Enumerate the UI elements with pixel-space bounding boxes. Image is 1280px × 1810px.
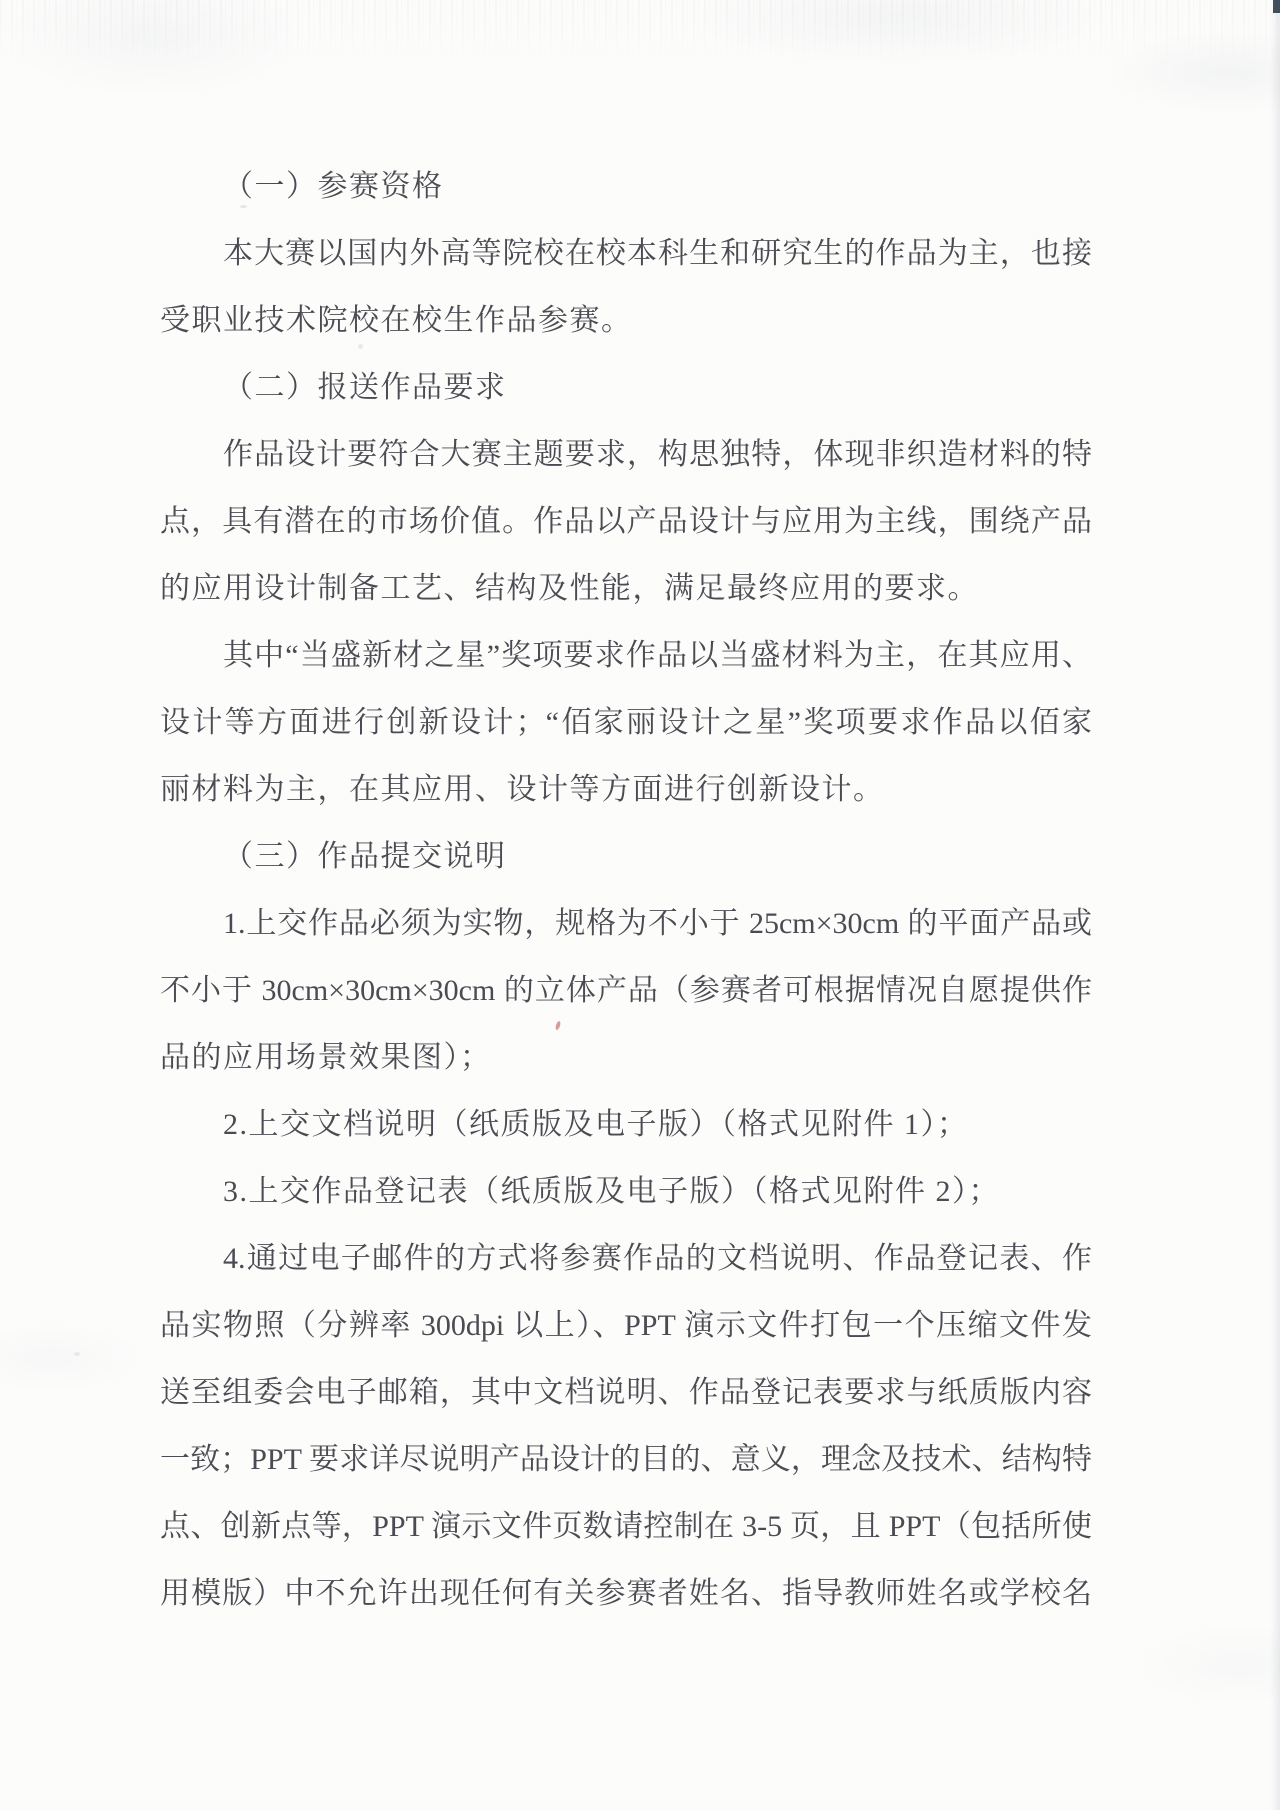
- text-line: 的应用设计制备工艺、结构及性能，满足最终应用的要求。: [160, 555, 1092, 622]
- section-heading-3: （三）作品提交说明: [160, 823, 1092, 890]
- text-line: 本大赛以国内外高等院校在校本科生和研究生的作品为主，也接: [160, 220, 1092, 287]
- text-line: 点，具有潜在的市场价值。作品以产品设计与应用为主线，围绕产品: [160, 488, 1092, 555]
- document-body: （一）参赛资格 本大赛以国内外高等院校在校本科生和研究生的作品为主，也接 受职业…: [160, 153, 1092, 1627]
- scan-edge-shadow: [1270, 0, 1280, 1810]
- text-line: 丽材料为主，在其应用、设计等方面进行创新设计。: [160, 756, 1092, 823]
- text-line: 受职业技术院校在校生作品参赛。: [160, 287, 1092, 354]
- text-line: 不小于 30cm×30cm×30cm 的立体产品（参赛者可根据情况自愿提供作: [160, 957, 1092, 1024]
- section-heading-1: （一）参赛资格: [160, 153, 1092, 220]
- text-line: 设计等方面进行创新设计；“佰家丽设计之星”奖项要求作品以佰家: [160, 689, 1092, 756]
- text-line: 2.上交文档说明（纸质版及电子版）（格式见附件 1）；: [160, 1091, 1092, 1158]
- text-line: 一致；PPT 要求详尽说明产品设计的目的、意义，理念及技术、结构特: [160, 1426, 1092, 1493]
- text-line: 用模版）中不允许出现任何有关参赛者姓名、指导教师姓名或学校名: [160, 1560, 1092, 1627]
- text-line: 3.上交作品登记表（纸质版及电子版）（格式见附件 2）；: [160, 1158, 1092, 1225]
- text-line: 1.上交作品必须为实物，规格为不小于 25cm×30cm 的平面产品或: [160, 890, 1092, 957]
- text-line: 作品设计要符合大赛主题要求，构思独特，体现非织造材料的特: [160, 421, 1092, 488]
- scanned-document-page: （一）参赛资格 本大赛以国内外高等院校在校本科生和研究生的作品为主，也接 受职业…: [0, 0, 1280, 1810]
- text-line: 点、创新点等，PPT 演示文件页数请控制在 3-5 页，且 PPT（包括所使: [160, 1493, 1092, 1560]
- scan-noise-artifact: [0, 0, 1280, 64]
- text-line: 送至组委会电子邮箱，其中文档说明、作品登记表要求与纸质版内容: [160, 1359, 1092, 1426]
- text-line: 其中“当盛新材之星”奖项要求作品以当盛材料为主，在其应用、: [160, 622, 1092, 689]
- scan-speck: [74, 1352, 80, 1356]
- text-line: 品的应用场景效果图）；: [160, 1024, 1092, 1091]
- section-heading-2: （二）报送作品要求: [160, 354, 1092, 421]
- scan-corner-mark: [1273, 0, 1280, 13]
- text-line: 4.通过电子邮件的方式将参赛作品的文档说明、作品登记表、作: [160, 1225, 1092, 1292]
- text-line: 品实物照（分辨率 300dpi 以上）、PPT 演示文件打包一个压缩文件发: [160, 1292, 1092, 1359]
